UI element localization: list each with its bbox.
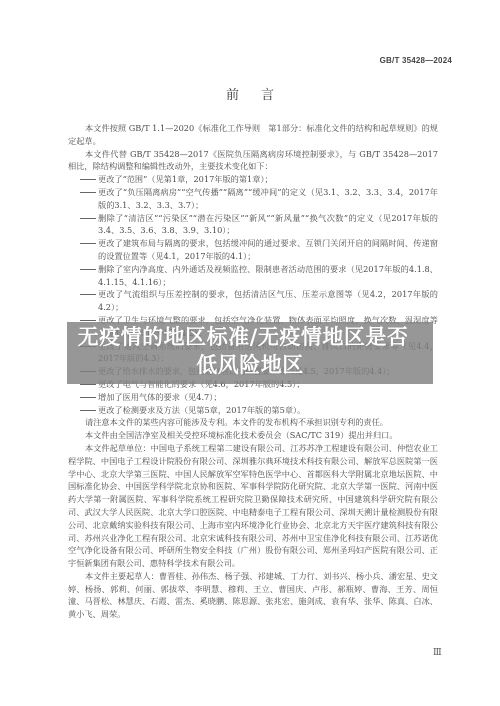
page-title: 前言 [0, 84, 500, 103]
standard-code: GB/T 35428—2024 [380, 56, 452, 65]
overlay-title: 无疫情的地区标准/无疫情地区是否 低风险地区 [67, 323, 433, 379]
list-item: 更改了“负压隔离病房”“空气传播”“隔离”“缓冲间”的定义（见3.1、3.2、3… [68, 186, 438, 212]
overlay-title-line2: 低风险地区 [67, 351, 433, 379]
overlay-title-line1: 无疫情的地区标准/无疫情地区是否 [53, 323, 433, 351]
list-item: 更改了气流组织与压差控制的要求，包括清洁区气压、压差示意图等（见4.2，2017… [68, 288, 438, 314]
list-item: 更改了检测要求及方法（见第5章，2017年版的第5章）。 [68, 404, 438, 417]
page-number: Ⅲ [433, 648, 442, 658]
list-item: 删除了“清洁区”“污染区”“潜在污染区”“新风”“新风量”“换气次数”的定义（见… [68, 212, 438, 238]
drafters: 本文件主要起草人：曹晋桂、孙伟杰、杨子强、祁建城、丁力行、刘书兴、杨小兵、潘宏星… [68, 570, 438, 621]
list-item: 更改了“范围”（见第1章，2017年版的第1章）； [68, 173, 438, 186]
paragraph-drafting-rules: 本文件按照 GB/T 1.1—2020《标准化工作导则 第1部分：标准化文件的结… [68, 122, 438, 148]
list-item: 更改了建筑布局与隔离的要求，包括缓冲间的通过要求、互锁门关闭开启的间隔时间、传递… [68, 237, 438, 263]
proposer-notice: 本文件由全国洁净室及相关受控环境标准化技术委员会（SAC/TC 319）提出并归… [68, 429, 438, 442]
paragraph-replaces: 本文件代替 GB/T 35428—2017《医院负压隔离病房环境控制要求》，与 … [68, 148, 438, 174]
list-item: 删除了室内净高度、内外通话及视频监控、限制患者活动范围的要求（见2017年版的4… [68, 263, 438, 289]
list-item: 增加了医用气体的要求（见4.7）； [68, 391, 438, 404]
patent-notice: 请注意本文件的某些内容可能涉及专利。本文件的发布机构不承担识别专利的责任。 [68, 416, 438, 429]
drafting-units: 本文件起草单位：中国电子系统工程第二建设有限公司、江苏苏净工程建设有限公司、仲恺… [68, 442, 438, 570]
